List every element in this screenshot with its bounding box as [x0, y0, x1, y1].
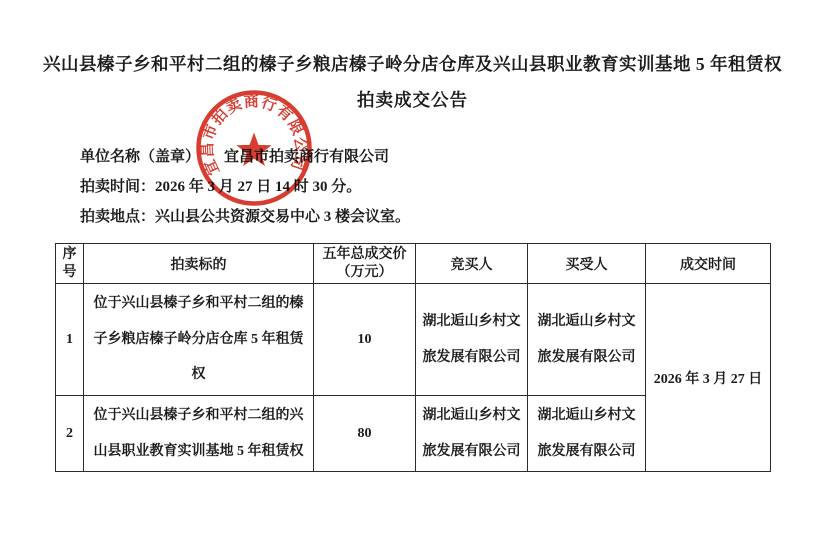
cell-serial-number: 1: [56, 284, 84, 396]
auction-place-value: 兴山县公共资源交易中心 3 楼会议室。: [155, 209, 410, 225]
cell-auction-subject: 位于兴山县榛子乡和平村二组的兴山县职业教育实训基地 5 年租赁权: [84, 396, 314, 472]
cell-buyer: 湖北逅山乡村文旅发展有限公司: [528, 396, 646, 472]
table-header-row: 序号 拍卖标的 五年总成交价 （万元） 竞买人 买受人 成交时间: [56, 244, 771, 284]
header-total-price: 五年总成交价 （万元）: [314, 244, 416, 284]
auction-time-value: 2026 年 3 月 27 日 14 时 30 分。: [155, 179, 361, 195]
cell-deal-date: 2026 年 3 月 27 日: [646, 284, 771, 472]
cell-buyer: 湖北逅山乡村文旅发展有限公司: [528, 284, 646, 396]
info-line-auction-time: 拍卖时间：2026 年 3 月 27 日 14 时 30 分。: [80, 176, 410, 206]
info-line-company: 单位名称（盖章）宜昌市拍卖商行有限公司: [80, 146, 410, 176]
header-total-price-line1: 五年总成交价: [319, 246, 410, 264]
header-buyer: 买受人: [528, 244, 646, 284]
auction-result-table: 序号 拍卖标的 五年总成交价 （万元） 竞买人 买受人 成交时间 1 位于兴山县…: [55, 243, 771, 472]
auction-time-label: 拍卖时间：: [80, 179, 155, 195]
header-auction-subject: 拍卖标的: [84, 244, 314, 284]
cell-total-price: 80: [314, 396, 416, 472]
header-total-price-line2: （万元）: [319, 264, 410, 282]
cell-auction-subject: 位于兴山县榛子乡和平村二组的榛子乡粮店榛子岭分店仓库 5 年租赁权: [84, 284, 314, 396]
info-line-auction-place: 拍卖地点：兴山县公共资源交易中心 3 楼会议室。: [80, 206, 410, 236]
table-row: 1 位于兴山县榛子乡和平村二组的榛子乡粮店榛子岭分店仓库 5 年租赁权 10 湖…: [56, 284, 771, 396]
company-name-label: 单位名称（盖章）: [80, 149, 200, 165]
header-deal-date: 成交时间: [646, 244, 771, 284]
cell-total-price: 10: [314, 284, 416, 396]
header-serial-number: 序号: [56, 244, 84, 284]
cell-bidder: 湖北逅山乡村文旅发展有限公司: [416, 396, 528, 472]
auction-place-label: 拍卖地点：: [80, 209, 155, 225]
cell-serial-number: 2: [56, 396, 84, 472]
header-bidder: 竞买人: [416, 244, 528, 284]
document-title: 兴山县榛子乡和平村二组的榛子乡粮店榛子岭分店仓库及兴山县职业教育实训基地 5 年…: [0, 51, 825, 76]
document-subtitle: 拍卖成交公告: [0, 87, 825, 112]
document-page: 兴山县榛子乡和平村二组的榛子乡粮店榛子岭分店仓库及兴山县职业教育实训基地 5 年…: [0, 0, 825, 545]
cell-bidder: 湖北逅山乡村文旅发展有限公司: [416, 284, 528, 396]
company-name-value: 宜昌市拍卖商行有限公司: [224, 149, 389, 165]
info-block: 单位名称（盖章）宜昌市拍卖商行有限公司 拍卖时间：2026 年 3 月 27 日…: [80, 146, 410, 236]
